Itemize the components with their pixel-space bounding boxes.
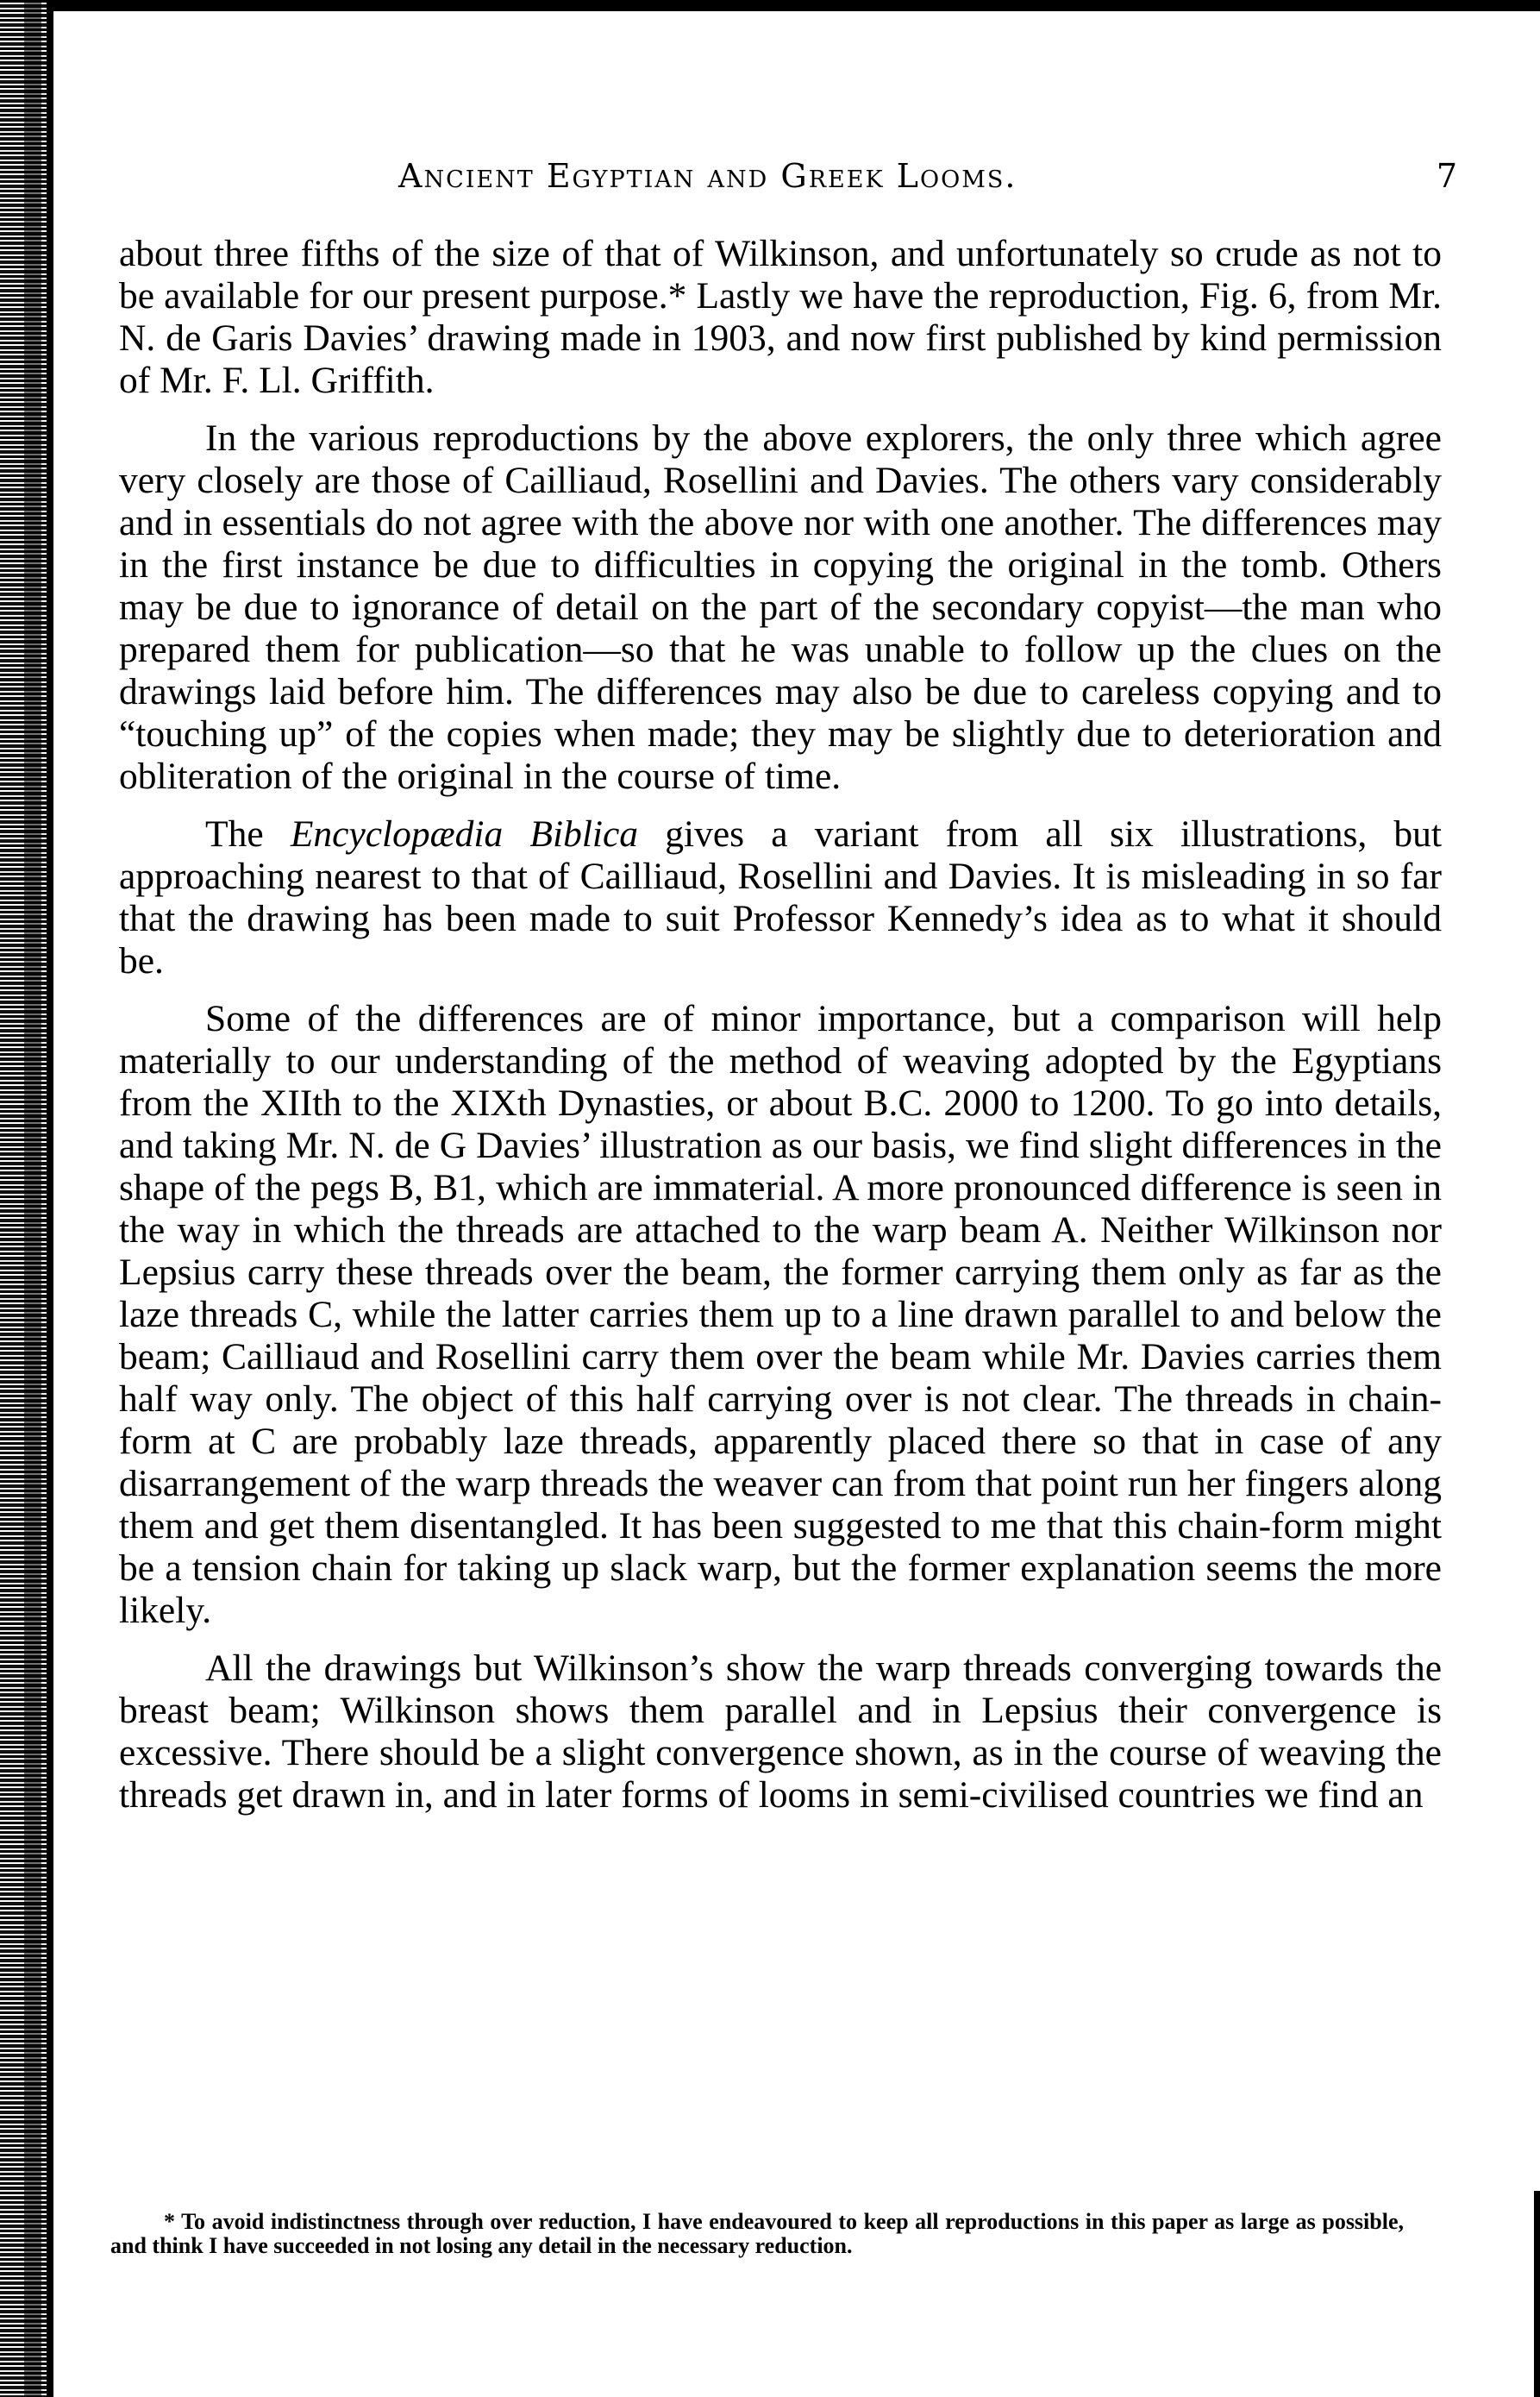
paragraph: about three fifths of the size of that o… bbox=[119, 233, 1442, 402]
binding-shadow bbox=[24, 0, 41, 2397]
scan-top-border bbox=[0, 0, 1540, 11]
body-text: about three fifths of the size of that o… bbox=[119, 233, 1442, 1832]
paragraph-lead: The bbox=[205, 813, 291, 855]
paragraph: All the drawings but Wilkinson’s show th… bbox=[119, 1647, 1442, 1817]
scan-right-border bbox=[1534, 2191, 1540, 2397]
italic-title: Encyclopædia Biblica bbox=[291, 813, 638, 855]
running-header: Ancient Egyptian and Greek Looms. 7 bbox=[398, 157, 1459, 200]
paragraph: In the various reproductions by the abov… bbox=[119, 417, 1442, 798]
paragraph: Some of the differences are of minor imp… bbox=[119, 998, 1442, 1632]
book-binding-edge bbox=[0, 0, 53, 2397]
running-title: Ancient Egyptian and Greek Looms. bbox=[398, 157, 1017, 195]
binding-border bbox=[47, 0, 53, 2397]
footnote: * To avoid indistinctness through over r… bbox=[110, 2210, 1404, 2258]
page-number: 7 bbox=[1437, 157, 1459, 195]
paragraph: The Encyclopædia Biblica gives a variant… bbox=[119, 813, 1442, 982]
